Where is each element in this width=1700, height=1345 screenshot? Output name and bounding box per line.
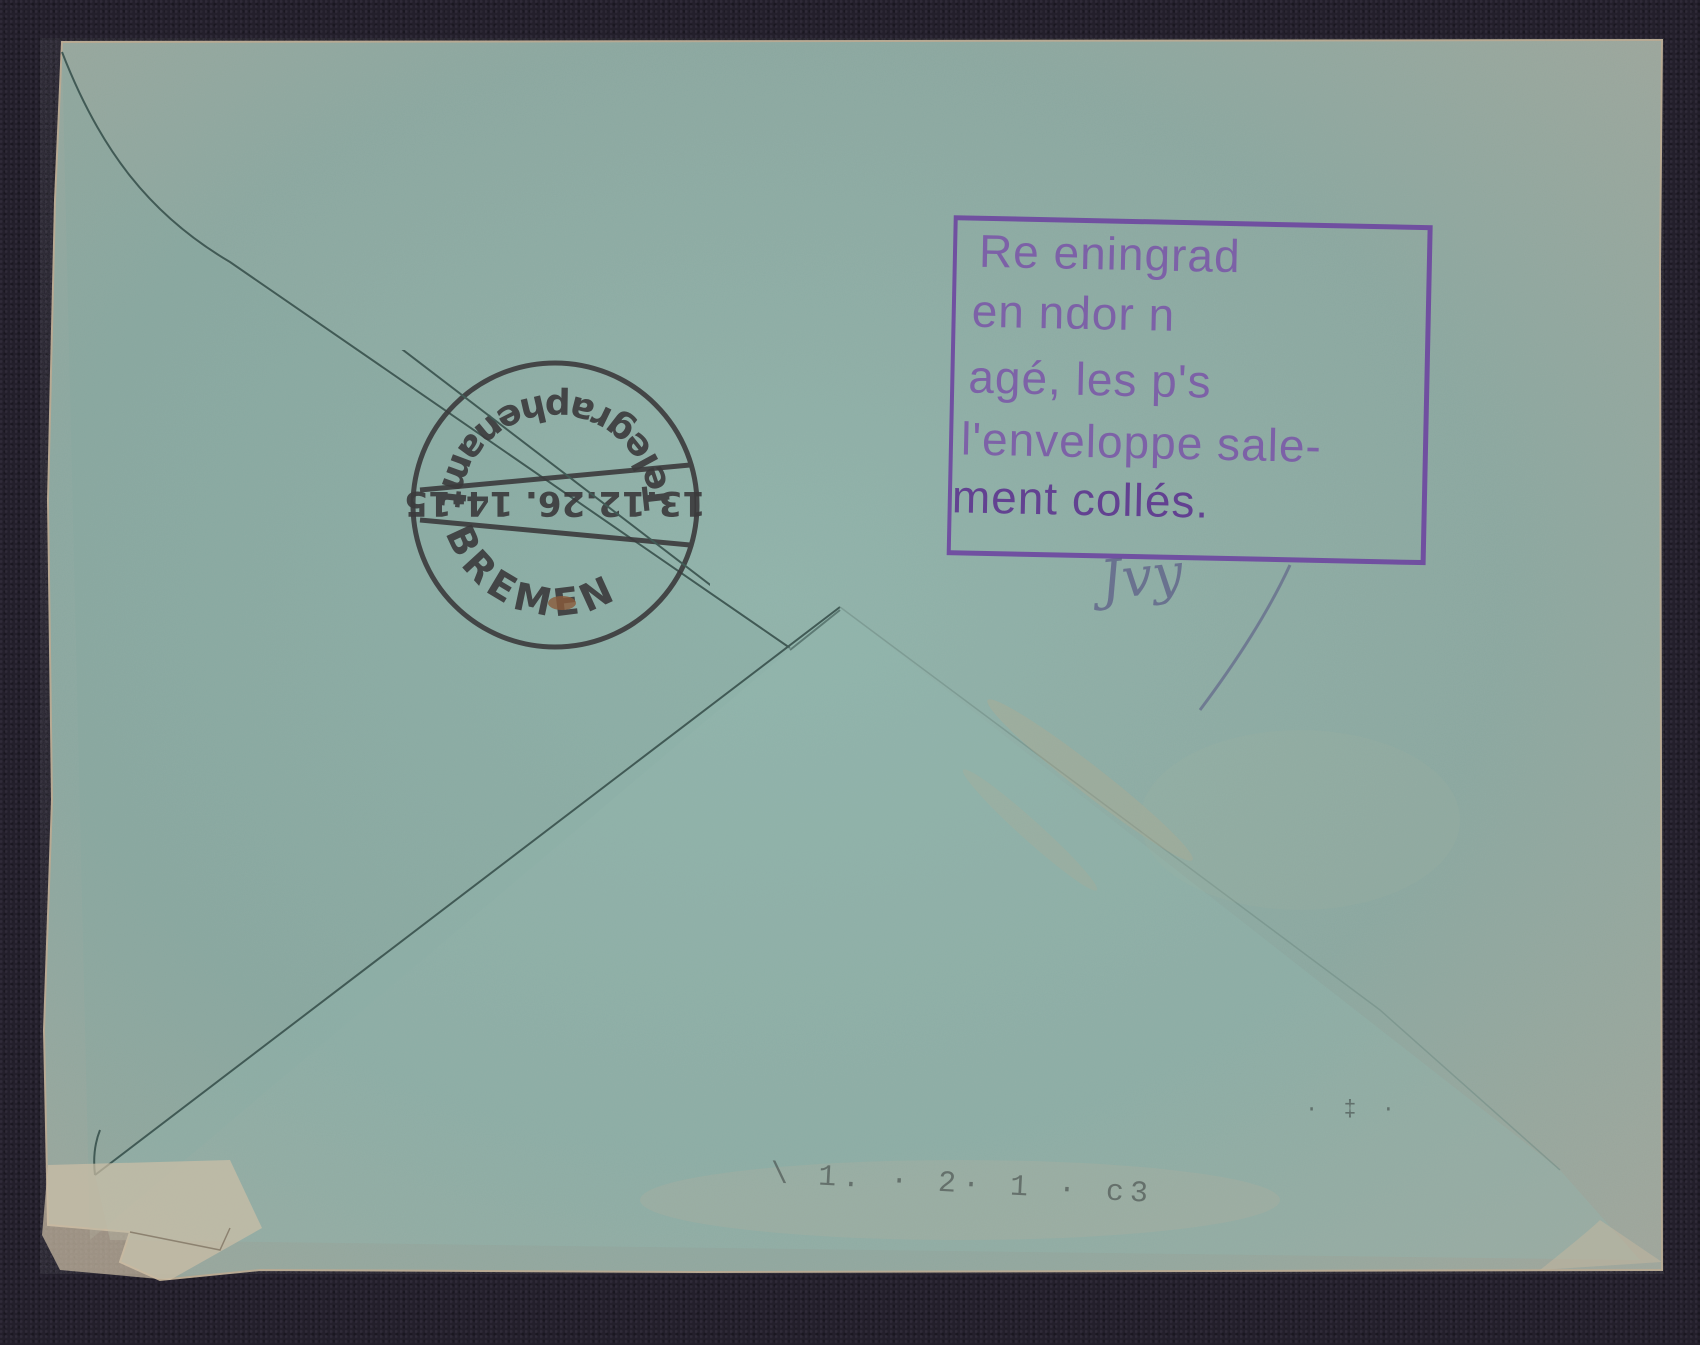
cachet-line-4: l'enveloppe sale- bbox=[961, 415, 1323, 469]
scan: Telegraphenamt 13.12.26. 14-15 BREMEN Re… bbox=[0, 0, 1700, 1345]
postmark-date: 13.12.26. 14-15 bbox=[404, 483, 705, 523]
cachet-line-1: Re eningrad bbox=[979, 228, 1242, 279]
cachet-line-2: en ndor n bbox=[971, 288, 1175, 338]
cachet-line-5: ment collés. bbox=[951, 473, 1209, 524]
leningrad-cachet: Re eningrad en ndor n agé, les p's l'env… bbox=[936, 205, 1454, 586]
envelope-back bbox=[0, 0, 1700, 1345]
bremen-postmark: Telegraphenamt 13.12.26. 14-15 BREMEN bbox=[400, 350, 710, 660]
faint-mark-right: · ‡ · bbox=[1305, 1097, 1401, 1122]
pencil-stroke bbox=[1180, 560, 1300, 720]
pencil-signature: Jvy bbox=[1097, 541, 1186, 612]
cachet-line-3: agé, les p's bbox=[968, 354, 1212, 405]
